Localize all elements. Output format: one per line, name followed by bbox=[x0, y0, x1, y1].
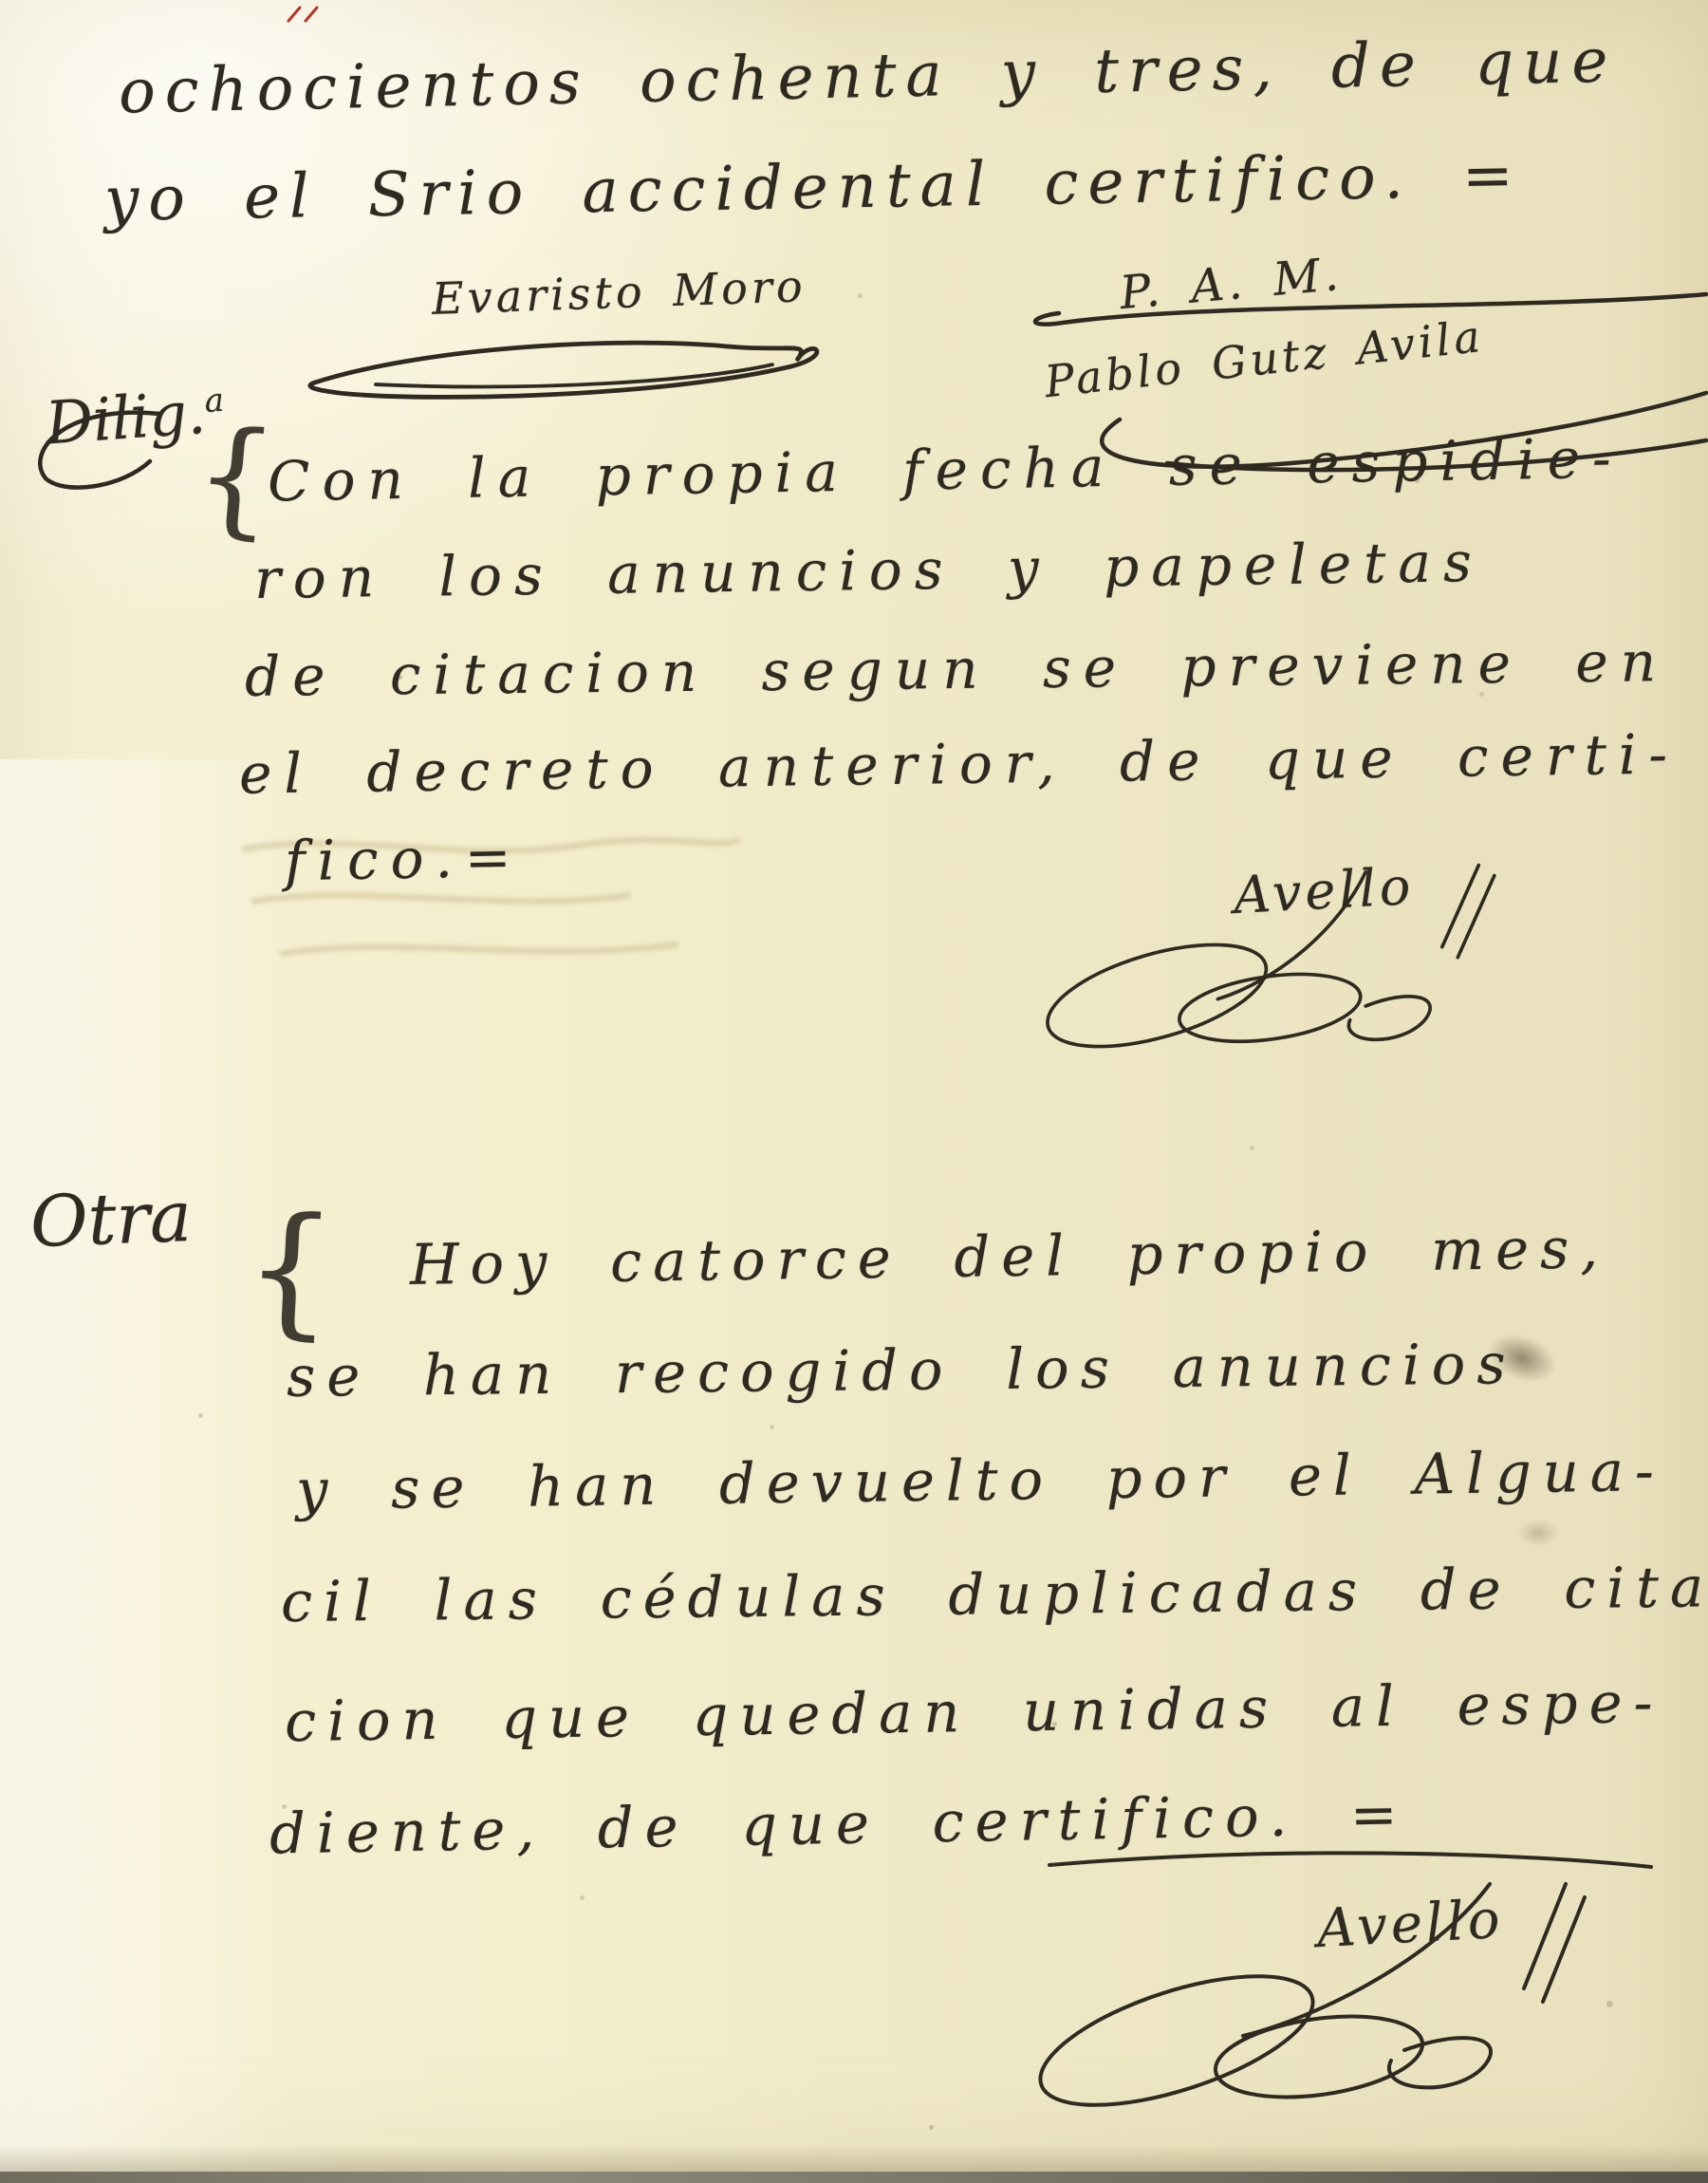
signature-rubric-avello-2 bbox=[958, 1846, 1680, 2131]
paper-speckles bbox=[0, 0, 3, 3]
page-bottom-shade bbox=[0, 2145, 1708, 2174]
diligencia-heading-text: Dilig. bbox=[44, 378, 208, 458]
otra-bracket: { bbox=[241, 1186, 340, 1354]
otra-line-2: se han recogido los anuncios bbox=[287, 1332, 1517, 1409]
page-bottom-edge bbox=[0, 2172, 1708, 2183]
signature-rubric-moro bbox=[304, 315, 845, 420]
diligencia-line-5: fico.= bbox=[284, 826, 524, 893]
red-check-mark-icon bbox=[285, 4, 336, 25]
manuscript-page: ochocientos ochenta y tres, de que yo el… bbox=[0, 0, 1708, 2183]
otra-heading: Otra bbox=[29, 1177, 194, 1263]
ink-stain bbox=[1511, 1515, 1566, 1551]
signature-rubric-avello-1 bbox=[977, 849, 1528, 1058]
